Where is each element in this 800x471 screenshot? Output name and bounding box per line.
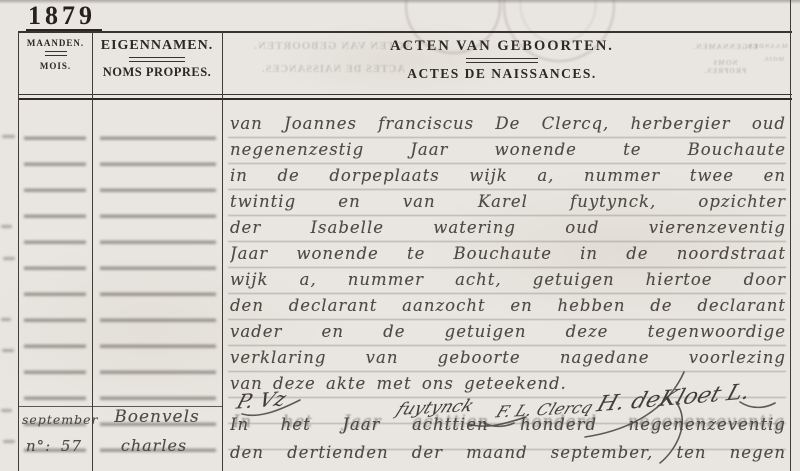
- header-names-separator: [129, 57, 185, 62]
- act-text-continuation: van Joannes franciscus De Clercq, herber…: [230, 111, 786, 397]
- column-divider-names: [222, 31, 223, 471]
- bleed-mark: [2, 135, 15, 138]
- bleedthrough-months-header: MAANDEN. MOIS.: [758, 43, 788, 63]
- page-right-edge: [790, 0, 791, 471]
- entry-firstname: charles: [98, 436, 210, 455]
- act-text-line: der Isabelle watering oud vierenzeventig: [230, 215, 786, 241]
- act-text-line: negenenzestig Jaar wonende te Bouchaute: [230, 137, 786, 163]
- act-text-line: in de dorpeplaats wijk a, nummer twee en: [230, 163, 786, 189]
- bleedthrough-acts-header: ACTEN VAN GEBOORTEN. ACTES DE NAISSANCES…: [228, 40, 438, 75]
- act-text-line: vader en de getuigen deze tegenwoordige: [230, 319, 786, 345]
- header-acts-separator: [466, 58, 538, 63]
- bleedthrough-names-fr: NOMS PROPRES.: [692, 59, 758, 75]
- header-bottom-rule: [18, 94, 792, 100]
- act-text-line: Jaar wonende te Bouchaute in de noordstr…: [230, 241, 786, 267]
- entry-act-number: n°: 57: [24, 437, 84, 455]
- bleed-mark: [2, 349, 14, 352]
- header-months-separator: [45, 51, 67, 56]
- header-names-cell: EIGENNAMEN. NOMS PROPRES.: [92, 38, 222, 80]
- bleed-mark: [1, 318, 11, 321]
- register-page: 1879 MAANDEN. MOIS. EIGENNAMEN. NOMS PRO…: [0, 0, 800, 471]
- bleed-mark: [1, 225, 12, 228]
- year-heading: 1879: [26, 4, 102, 33]
- bleedthrough-acts-fr: ACTES DE NAISSANCES.: [228, 64, 438, 75]
- table-left-border: [18, 31, 19, 471]
- bleedthrough-acts-nl: ACTEN VAN GEBOORTEN.: [228, 40, 438, 52]
- header-months-fr: MOIS.: [18, 61, 93, 71]
- act-text-line: den declarant aanzocht en hebben de decl…: [230, 293, 786, 319]
- bleedthrough-months-nl: MAANDEN.: [758, 43, 788, 50]
- bleedthrough-months-fr: MOIS.: [758, 57, 788, 63]
- bleed-mark: [3, 257, 15, 260]
- bleed-mark: [1, 409, 12, 412]
- header-months-cell: MAANDEN. MOIS.: [18, 38, 93, 71]
- act-text-line: den dertienden der maand september, ten …: [230, 440, 786, 466]
- table-top-border: [18, 31, 792, 33]
- act-text-line: verklaring van geboorte nagedane voorlez…: [230, 345, 786, 371]
- act-text-line: In het Jaar achttien honderd negenenzeve…: [230, 412, 786, 438]
- header-names-nl: EIGENNAMEN.: [92, 38, 222, 54]
- act-text-line: wijk a, nummer acht, getuigen hiertoe do…: [230, 267, 786, 293]
- column-divider-months: [92, 31, 93, 471]
- entry-month: september: [22, 412, 90, 427]
- act-text-line: van Joannes franciscus De Clercq, herber…: [230, 111, 786, 137]
- entry-surname: Boenvels: [96, 407, 218, 427]
- header-months-nl: MAANDEN.: [18, 38, 93, 48]
- header-names-fr: NOMS PROPRES.: [92, 65, 222, 80]
- act-text-line: twintig en van Karel fuytynck, opzichter: [230, 189, 786, 215]
- bleed-mark: [3, 440, 15, 443]
